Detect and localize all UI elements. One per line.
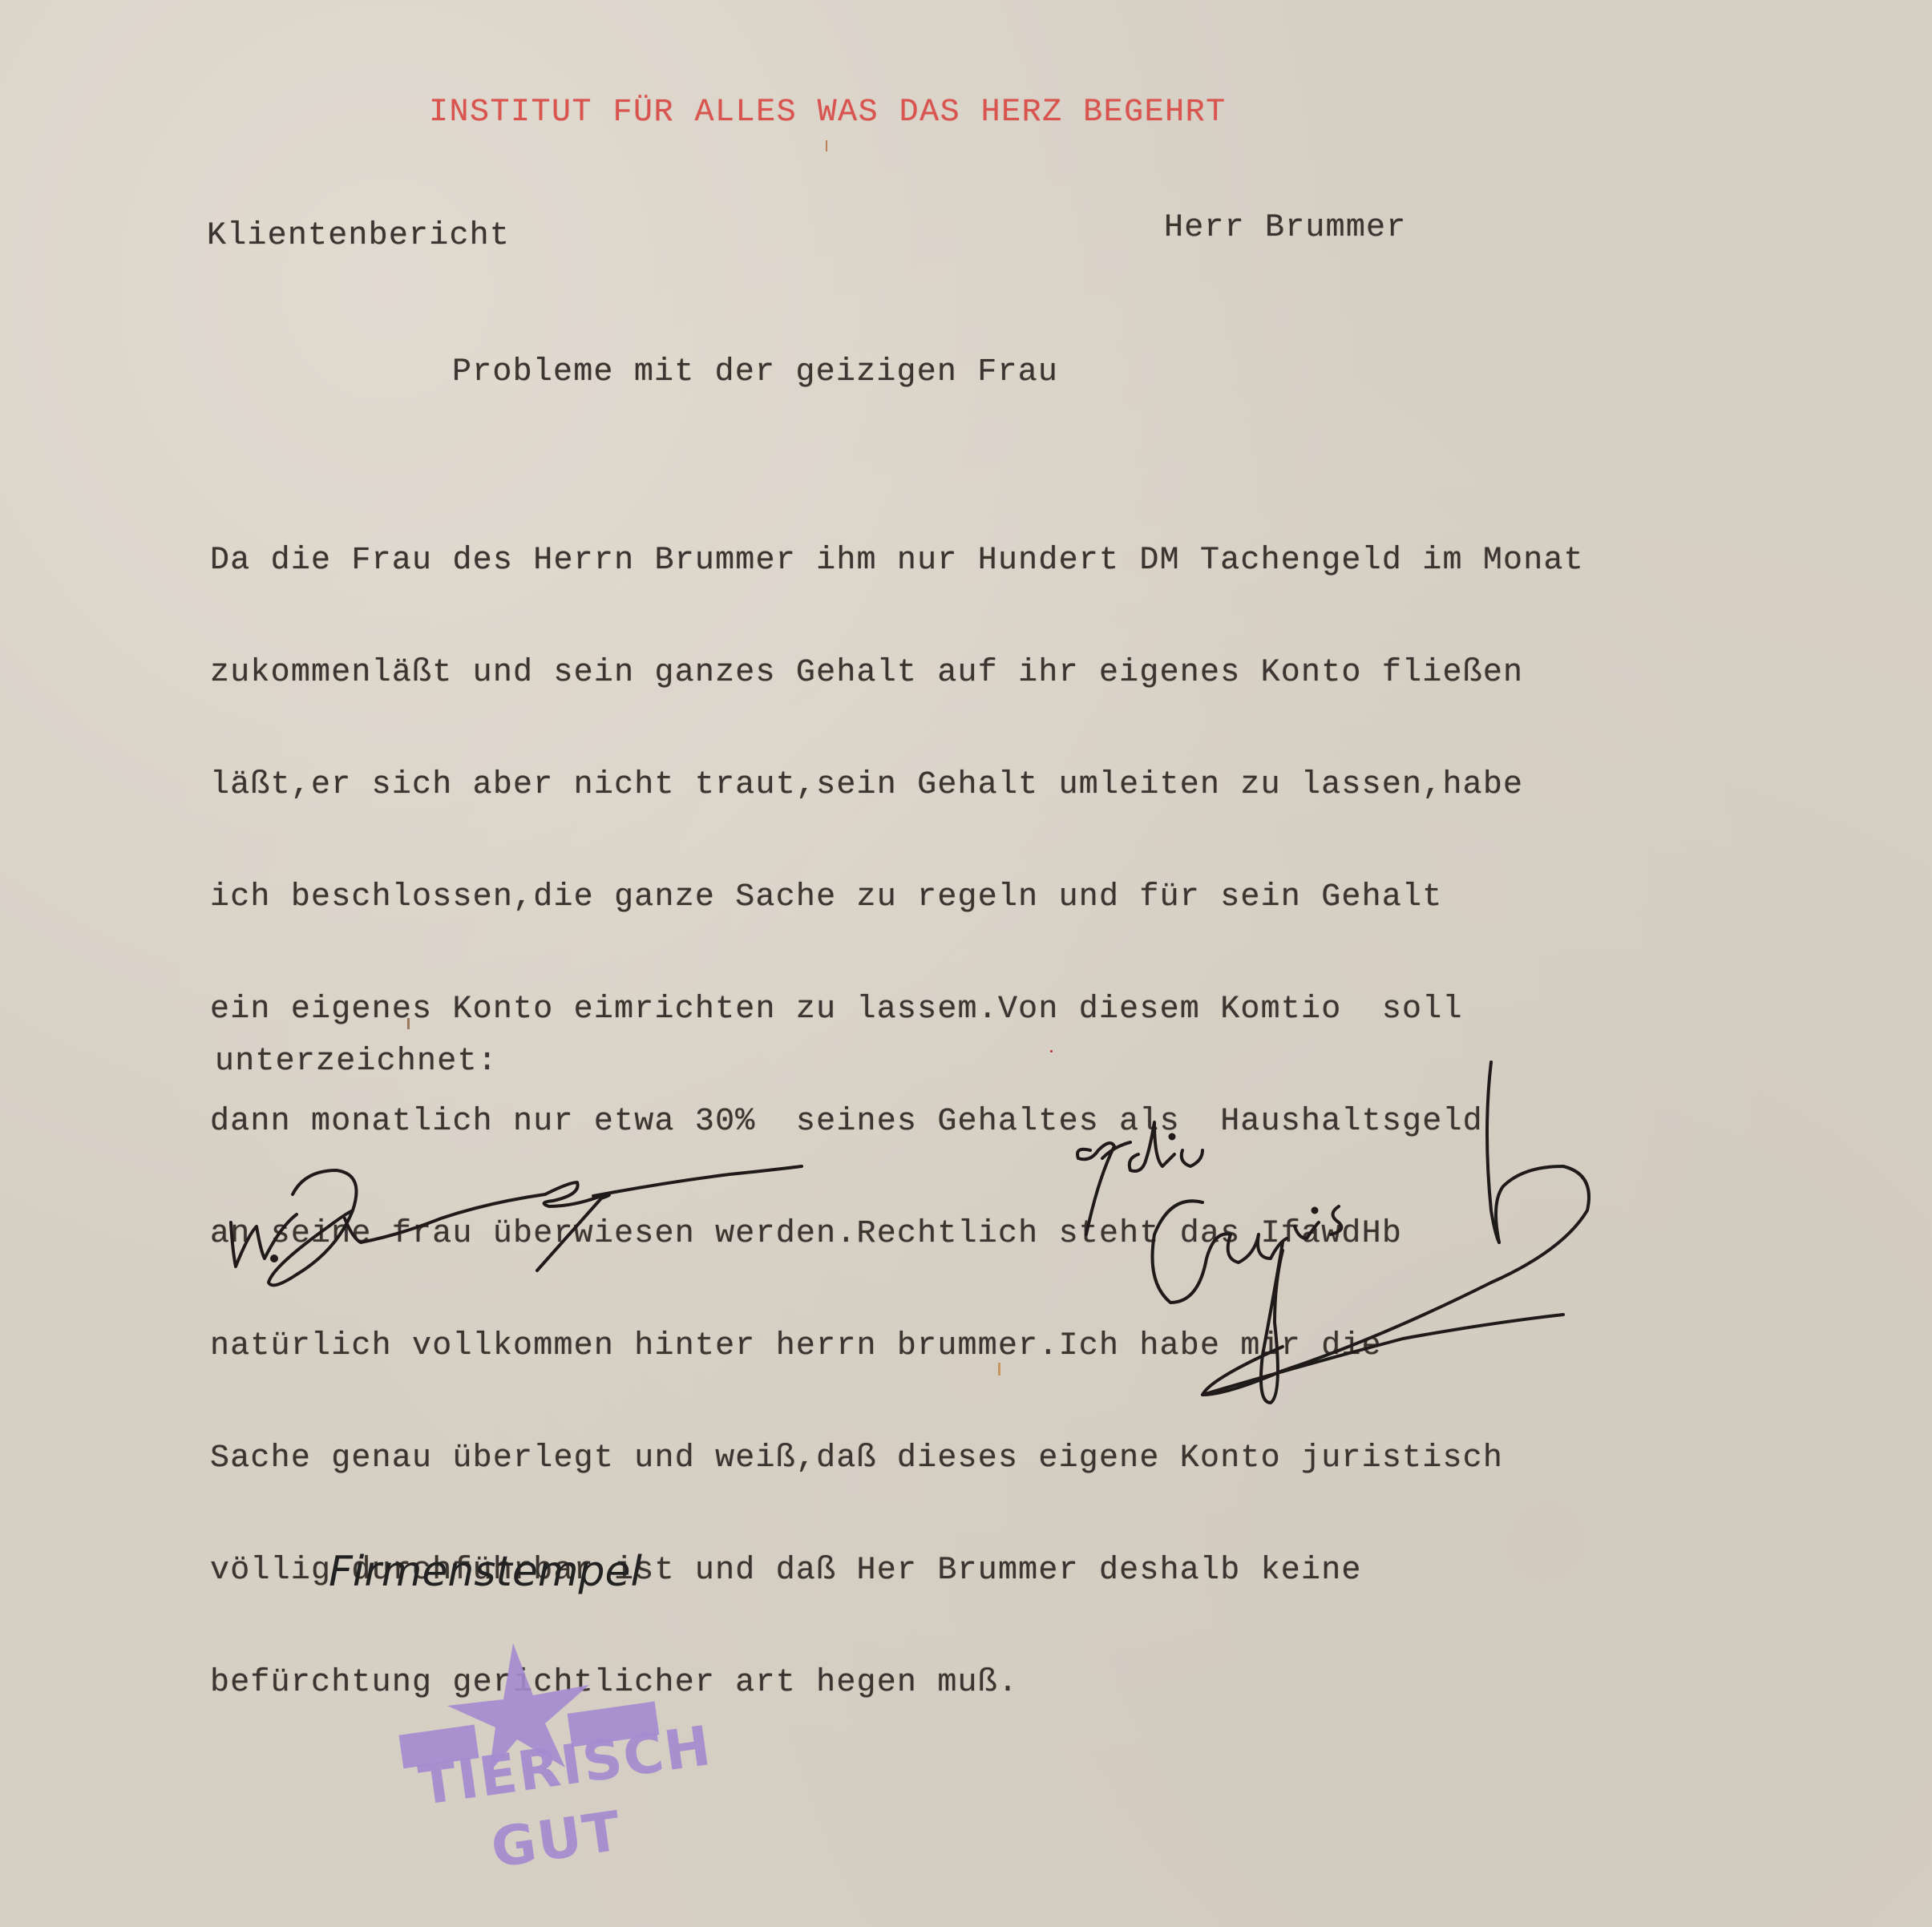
handwritten-note-firmenstempel: Firmenstempel: [321, 1539, 754, 1611]
body-line: läßt,er sich aber nicht traut,sein Gehal…: [210, 766, 1584, 806]
subject-heading: Probleme mit der geizigen Frau: [452, 354, 1058, 390]
document-page: INSTITUT FÜR ALLES WAS DAS HERZ BEGEHRT …: [0, 0, 1932, 1927]
body-line: zukommenläßt und sein ganzes Gehalt auf …: [210, 653, 1584, 693]
report-label: Klientenbericht: [207, 218, 510, 254]
letterhead: INSTITUT FÜR ALLES WAS DAS HERZ BEGEHRT: [429, 95, 1227, 131]
body-line: ich beschlossen,die ganze Sache zu regel…: [210, 878, 1584, 918]
body-line: Da die Frau des Herrn Brummer ihm nur Hu…: [210, 541, 1584, 581]
signature-w-brummer: [216, 1138, 954, 1299]
client-name: Herr Brummer: [1164, 210, 1406, 246]
svg-text:Firmenstempel: Firmenstempel: [329, 1548, 642, 1596]
paper-speck: [826, 140, 827, 151]
paper-speck: [407, 1018, 410, 1029]
stamp-line-2: GUT: [487, 1800, 626, 1881]
paper-speck: [1050, 1050, 1053, 1052]
signed-label: unterzeichnet:: [215, 1044, 498, 1080]
signature-right: [1042, 1018, 1700, 1451]
company-stamp: TIERISCH GUT: [385, 1635, 705, 1868]
paper-speck: [998, 1363, 1000, 1376]
